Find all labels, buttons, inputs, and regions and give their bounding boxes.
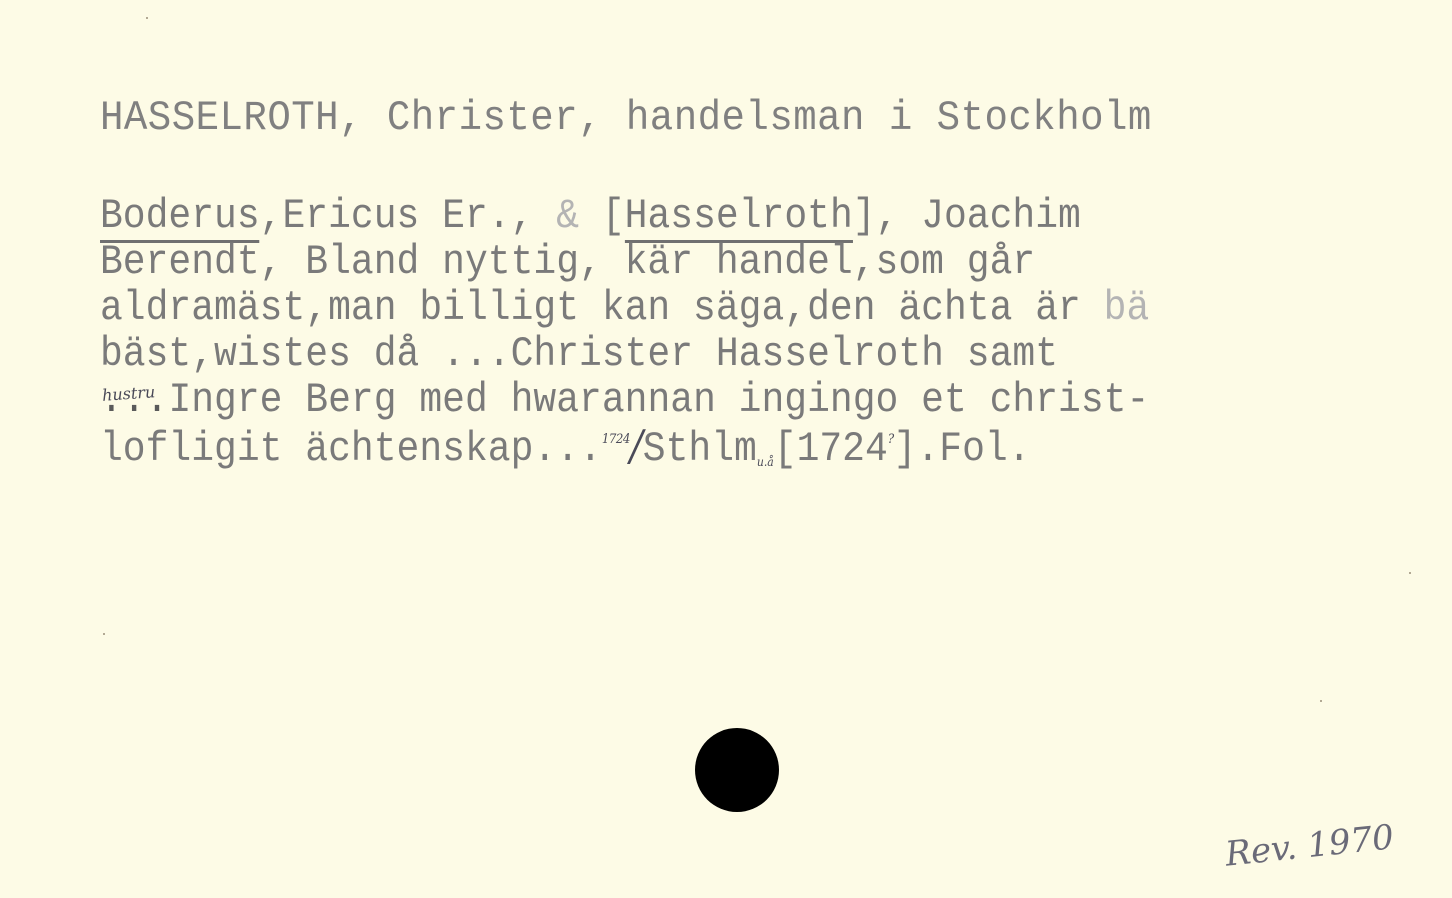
paper-speck xyxy=(1320,700,1322,702)
entry-line-5-text: Ingre Berg med hwarannan ingingo et chri… xyxy=(168,376,1149,424)
slash-mark: / xyxy=(630,421,643,470)
coauthor-name: Hasselroth xyxy=(625,192,853,243)
author-name: Boderus xyxy=(100,192,260,243)
card-heading: HASSELROTH, Christer, handelsman i Stock… xyxy=(100,94,1152,142)
printer-abbrev: u.å xyxy=(757,455,774,469)
revision-note: Rev. 1970 xyxy=(1223,817,1395,874)
entry-line-6-text: lofligit ächtenskap... xyxy=(100,425,602,473)
print-year: [1724 xyxy=(774,425,888,473)
entry-line-4: bäst,wistes då ...Christer Hasselroth sa… xyxy=(100,331,1149,377)
author-forename: ,Ericus Er., xyxy=(260,192,557,240)
entry-line-3: aldramäst,man billigt kan säga,den ächta… xyxy=(100,285,1149,331)
place-of-print: Sthlm xyxy=(643,425,757,473)
punch-hole xyxy=(695,728,779,812)
bracket-open: [ xyxy=(579,192,625,240)
handwritten-year: 1724 xyxy=(602,432,630,447)
format: ].Fol. xyxy=(894,425,1031,473)
handwritten-hustru: hustru xyxy=(101,382,155,405)
entry-line-2: Berendt, Bland nyttig, kär handel,som gå… xyxy=(100,239,1149,285)
catalog-card: HASSELROTH, Christer, handelsman i Stock… xyxy=(0,0,1452,898)
entry-line-6: lofligit ächtenskap...1724/Sthlmu.å[1724… xyxy=(100,423,1149,469)
entry-line-5: ...Ingre Berg med hwarannan ingingo et c… xyxy=(100,377,1149,423)
entry-line-3-clipped: bä xyxy=(1104,284,1150,332)
entry-line-3-text: aldramäst,man billigt kan säga,den ächta… xyxy=(100,284,1104,332)
ampersand: & xyxy=(556,192,579,240)
entry-line-1: Boderus,Ericus Er., & [Hasselroth], Joac… xyxy=(100,193,1149,239)
coauthor-forename: ], Joachim xyxy=(853,192,1081,240)
paper-speck xyxy=(103,633,105,635)
question-mark: ? xyxy=(888,432,894,447)
paper-speck xyxy=(146,17,148,19)
bibliographic-entry: Boderus,Ericus Er., & [Hasselroth], Joac… xyxy=(100,193,1259,469)
paper-speck xyxy=(1409,572,1411,574)
